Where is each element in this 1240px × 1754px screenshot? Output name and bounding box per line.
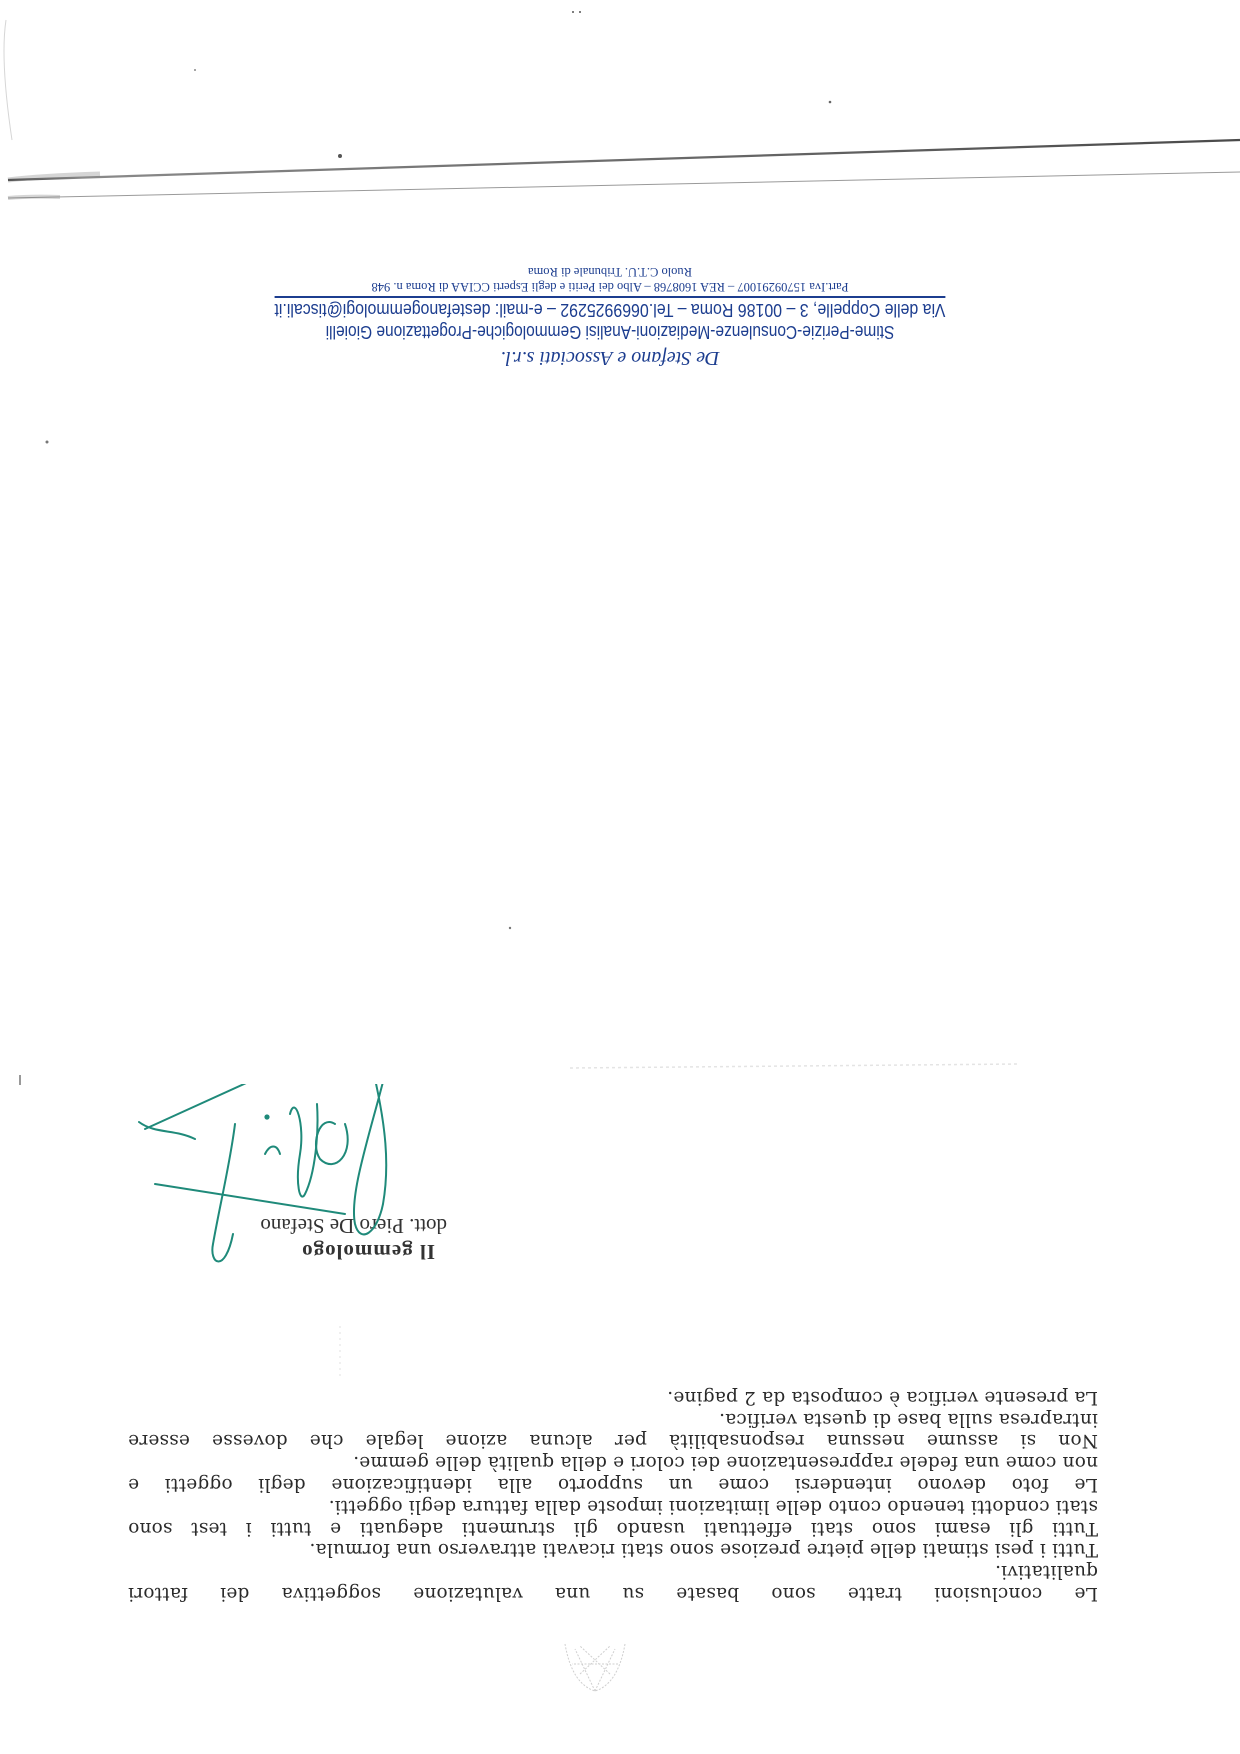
court-role: Ruolo C.T.U. Tribunale di Roma xyxy=(210,264,1010,279)
paragraph-line: intrapresa sulla base di questa verifica… xyxy=(128,1408,1098,1430)
paragraph-line: Tutti i pesi stimati delle pietre prezio… xyxy=(128,1539,1098,1561)
paragraph-line: stati condotti tenendo conto delle limit… xyxy=(128,1495,1098,1517)
paragraph-line: Le foto devono intendersi come un suppor… xyxy=(128,1473,1098,1495)
gem-outline-icon xyxy=(560,1639,630,1694)
company-services: Stime-Perizie-Consulenze-Mediazioni-Anal… xyxy=(266,321,954,342)
company-address: Via delle Coppelle, 3 – 00186 Roma – Tel… xyxy=(275,296,946,321)
disclaimer-text: Le conclusioni tratte sono basate su una… xyxy=(128,1386,1098,1604)
paragraph-line: Le conclusioni tratte sono basate su una… xyxy=(128,1582,1098,1604)
company-registry: Part.Iva 15709291007 – REA 1608768 – Alb… xyxy=(210,279,1010,294)
paragraph-line: Non si assume nessuna responsabilità per… xyxy=(128,1430,1098,1452)
signature-block: Il gemmologo dott. Piero De Stefano xyxy=(135,1084,495,1284)
company-name: De Stefano e Associati s.r.l. xyxy=(210,346,1010,369)
handwritten-signature xyxy=(135,1084,495,1284)
paragraph-line: non come una fedele rappresentazione dei… xyxy=(128,1451,1098,1473)
company-letterhead: De Stefano e Associati s.r.l. Stime-Peri… xyxy=(210,264,1010,369)
paragraph-line: qualitativi. xyxy=(128,1560,1098,1582)
scanned-page: Le conclusioni tratte sono basate su una… xyxy=(0,0,1240,1754)
paragraph-line: Tutti gli esami sono stati effettuati us… xyxy=(128,1517,1098,1539)
paragraph-line: La presente verifica è composta da 2 pag… xyxy=(128,1386,1098,1408)
